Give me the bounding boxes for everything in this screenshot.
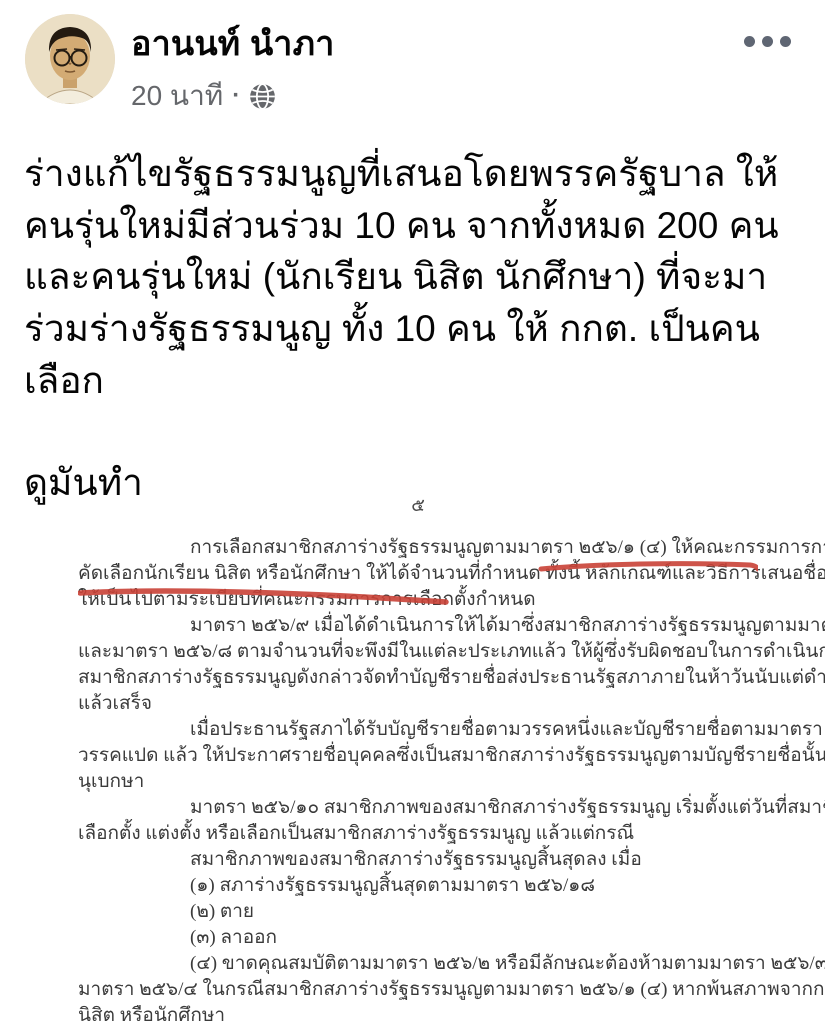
- post-meta: 20 นาที ·: [131, 74, 335, 118]
- document-line: นุเบกษา: [78, 769, 758, 795]
- document-text: การเลือกสมาชิกสภาร่างรัฐธรรมนูญตามมาตรา …: [78, 535, 758, 1024]
- document-line: เมื่อประธานรัฐสภาได้รับบัญชีรายชื่อตามวร…: [78, 717, 758, 743]
- document-line: และมาตรา ๒๕๖/๘ ตามจำนวนที่จะพึงมีในแต่ละ…: [78, 639, 758, 665]
- avatar-portrait-icon: [25, 14, 115, 104]
- ellipsis-dot: [744, 36, 755, 47]
- globe-icon: [249, 81, 276, 110]
- document-line: นิสิต หรือนักศึกษา: [78, 1003, 758, 1024]
- ellipsis-dot: [780, 36, 791, 47]
- document-line: มาตรา ๒๕๖/๙ เมื่อได้ดำเนินการให้ได้มาซึ่…: [78, 613, 758, 639]
- document-line: มาตรา ๒๕๖/๑๐ สมาชิกภาพของสมาชิกสภาร่างรั…: [78, 795, 758, 821]
- post-text-paragraph: ร่างแก้ไขรัฐธรรมนูญที่เสนอโดยพรรครัฐบาล …: [24, 148, 801, 407]
- author-name[interactable]: อานนท์ นำภา: [131, 24, 335, 65]
- document-line: (๑) สภาร่างรัฐธรรมนูญสิ้นสุดตามมาตรา ๒๕๖…: [78, 873, 758, 899]
- meta-separator: ·: [232, 82, 240, 110]
- document-line: (๔) ขาดคุณสมบัติตามมาตรา ๒๕๖/๒ หรือมีลัก…: [78, 951, 758, 977]
- document-line: (๓) ลาออก: [78, 925, 758, 951]
- ellipsis-dot: [762, 36, 773, 47]
- document-line: สมาชิกสภาร่างรัฐธรรมนูญดังกล่าวจัดทำบัญช…: [78, 665, 758, 691]
- document-line: วรรคแปด แล้ว ให้ประกาศรายชื่อบุคคลซึ่งเป…: [78, 743, 758, 769]
- document-line: มาตรา ๒๕๖/๔ ในกรณีสมาชิกสภาร่างรัฐธรรมนู…: [78, 977, 758, 1003]
- document-line: เลือกตั้ง แต่งตั้ง หรือเลือกเป็นสมาชิกสภ…: [78, 821, 758, 847]
- document-line: แล้วเสร็จ: [78, 691, 758, 717]
- post-header: อานนท์ นำภา 20 นาที ·: [0, 0, 825, 118]
- post-options-button[interactable]: [738, 30, 797, 53]
- document-page-number: ๕: [78, 492, 758, 518]
- attached-document-image[interactable]: ๕ การเลือกสมาชิกสภาร่างรัฐธรรมนูญตามมาตร…: [78, 492, 758, 1024]
- document-line: (๒) ตาย: [78, 899, 758, 925]
- document-line: สมาชิกภาพของสมาชิกสภาร่างรัฐธรรมนูญสิ้นส…: [78, 847, 758, 873]
- facebook-post: อานนท์ นำภา 20 นาที ·: [0, 0, 825, 1024]
- document-line: การเลือกสมาชิกสภาร่างรัฐธรรมนูญตามมาตรา …: [78, 535, 758, 561]
- document-line: ให้เป็นไปตามระเบียบที่คณะกรรมการการเลือก…: [78, 587, 758, 613]
- timestamp[interactable]: 20 นาที: [131, 74, 223, 118]
- header-text: อานนท์ นำภา 20 นาที ·: [131, 14, 335, 118]
- post-body: ร่างแก้ไขรัฐธรรมนูญที่เสนอโดยพรรครัฐบาล …: [0, 118, 825, 509]
- document-line: คัดเลือกนักเรียน นิสิต หรือนักศึกษา ให้ไ…: [78, 561, 758, 587]
- avatar[interactable]: [25, 14, 115, 104]
